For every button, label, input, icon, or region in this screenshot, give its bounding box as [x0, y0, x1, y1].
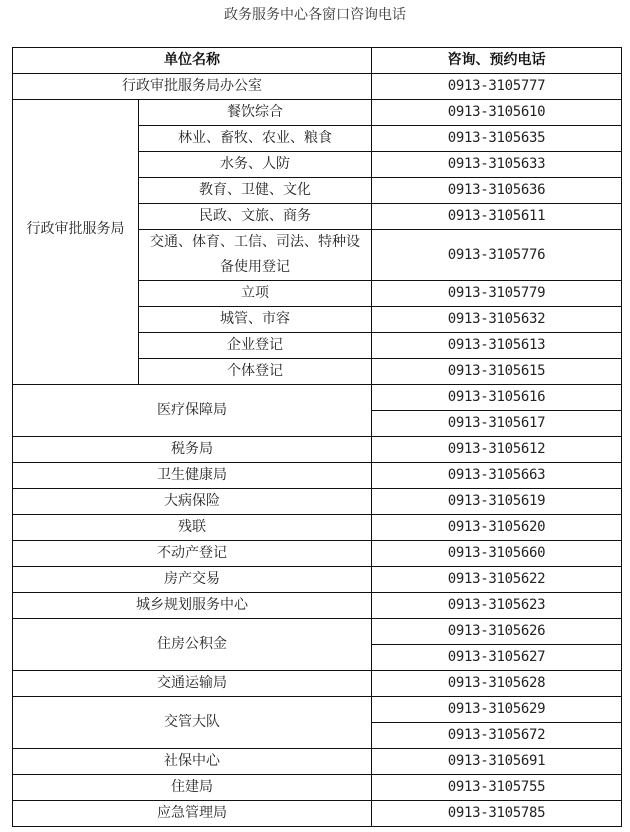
phone-number: 0913-3105627: [372, 645, 622, 671]
table-row: 住房公积金0913-3105626: [13, 619, 622, 645]
phone-number: 0913-3105633: [372, 152, 622, 178]
phone-number: 0913-3105626: [372, 619, 622, 645]
table-row: 税务局0913-3105612: [13, 437, 622, 463]
phone-number: 0913-3105776: [372, 230, 622, 281]
unit-name: 大病保险: [13, 489, 372, 515]
phone-number: 0913-3105779: [372, 281, 622, 307]
phone-number: 0913-3105672: [372, 723, 622, 749]
unit-name: 残联: [13, 515, 372, 541]
header-phone: 咨询、预约电话: [372, 48, 622, 74]
sub-unit-name: 企业登记: [139, 333, 372, 359]
table-row: 不动产登记0913-3105660: [13, 541, 622, 567]
unit-name: 城乡规划服务中心: [13, 593, 372, 619]
table-row: 交通运输局0913-3105628: [13, 671, 622, 697]
phone-number: 0913-3105615: [372, 359, 622, 385]
phone-number: 0913-3105620: [372, 515, 622, 541]
table-row: 城乡规划服务中心0913-3105623: [13, 593, 622, 619]
phone-number: 0913-3105619: [372, 489, 622, 515]
page-title: 政务服务中心各窗口咨询电话: [0, 6, 630, 24]
unit-name: 医疗保障局: [13, 385, 372, 437]
table-row: 交管大队0913-3105629: [13, 697, 622, 723]
phone-number: 0913-3105660: [372, 541, 622, 567]
phone-number: 0913-3105623: [372, 593, 622, 619]
header-unit-name: 单位名称: [13, 48, 372, 74]
table-row: 应急管理局0913-3105785: [13, 801, 622, 827]
phone-number: 0913-3105632: [372, 307, 622, 333]
group-name-label: 行政审批服务局: [13, 217, 138, 242]
unit-name: 不动产登记: [13, 541, 372, 567]
unit-name: 住房公积金: [13, 619, 372, 671]
phone-number: 0913-3105616: [372, 385, 622, 411]
sub-unit-name: 水务、人防: [139, 152, 372, 178]
phone-number: 0913-3105628: [372, 671, 622, 697]
table-header-row: 单位名称 咨询、预约电话: [13, 48, 622, 74]
unit-name: 房产交易: [13, 567, 372, 593]
unit-name: 交通运输局: [13, 671, 372, 697]
phone-number: 0913-3105629: [372, 697, 622, 723]
table-row: 行政审批服务局 餐饮综合 0913-3105610: [13, 100, 622, 126]
unit-name: 税务局: [13, 437, 372, 463]
sub-unit-name: 城管、市容: [139, 307, 372, 333]
phone-number: 0913-3105663: [372, 463, 622, 489]
contact-table: 单位名称 咨询、预约电话 行政审批服务局办公室 0913-3105777 行政审…: [12, 47, 622, 827]
unit-name: 社保中心: [13, 749, 372, 775]
sub-unit-name: 教育、卫健、文化: [139, 178, 372, 204]
sub-unit-name: 民政、文旅、商务: [139, 204, 372, 230]
table-row: 行政审批服务局办公室 0913-3105777: [13, 74, 622, 100]
table-row: 大病保险0913-3105619: [13, 489, 622, 515]
sub-unit-name: 交通、体育、工信、司法、特种设备使用登记: [139, 230, 372, 281]
phone-number: 0913-3105622: [372, 567, 622, 593]
phone-number: 0913-3105617: [372, 411, 622, 437]
unit-name: 交管大队: [13, 697, 372, 749]
phone-number: 0913-3105612: [372, 437, 622, 463]
unit-name: 行政审批服务局办公室: [13, 74, 372, 100]
table-row: 社保中心0913-3105691: [13, 749, 622, 775]
phone-number: 0913-3105755: [372, 775, 622, 801]
sub-unit-name: 个体登记: [139, 359, 372, 385]
phone-number: 0913-3105785: [372, 801, 622, 827]
table-row: 残联0913-3105620: [13, 515, 622, 541]
group-name: 行政审批服务局: [13, 100, 139, 385]
phone-number: 0913-3105611: [372, 204, 622, 230]
table-row: 住建局0913-3105755: [13, 775, 622, 801]
phone-number: 0913-3105635: [372, 126, 622, 152]
phone-number: 0913-3105777: [372, 74, 622, 100]
sub-unit-name: 林业、畜牧、农业、粮食: [139, 126, 372, 152]
unit-name: 卫生健康局: [13, 463, 372, 489]
phone-number: 0913-3105613: [372, 333, 622, 359]
sub-unit-name: 餐饮综合: [139, 100, 372, 126]
unit-name: 应急管理局: [13, 801, 372, 827]
sub-unit-name: 立项: [139, 281, 372, 307]
table-row: 房产交易0913-3105622: [13, 567, 622, 593]
unit-name: 住建局: [13, 775, 372, 801]
phone-number: 0913-3105636: [372, 178, 622, 204]
table-row: 医疗保障局0913-3105616: [13, 385, 622, 411]
phone-number: 0913-3105610: [372, 100, 622, 126]
table-row: 卫生健康局0913-3105663: [13, 463, 622, 489]
phone-number: 0913-3105691: [372, 749, 622, 775]
